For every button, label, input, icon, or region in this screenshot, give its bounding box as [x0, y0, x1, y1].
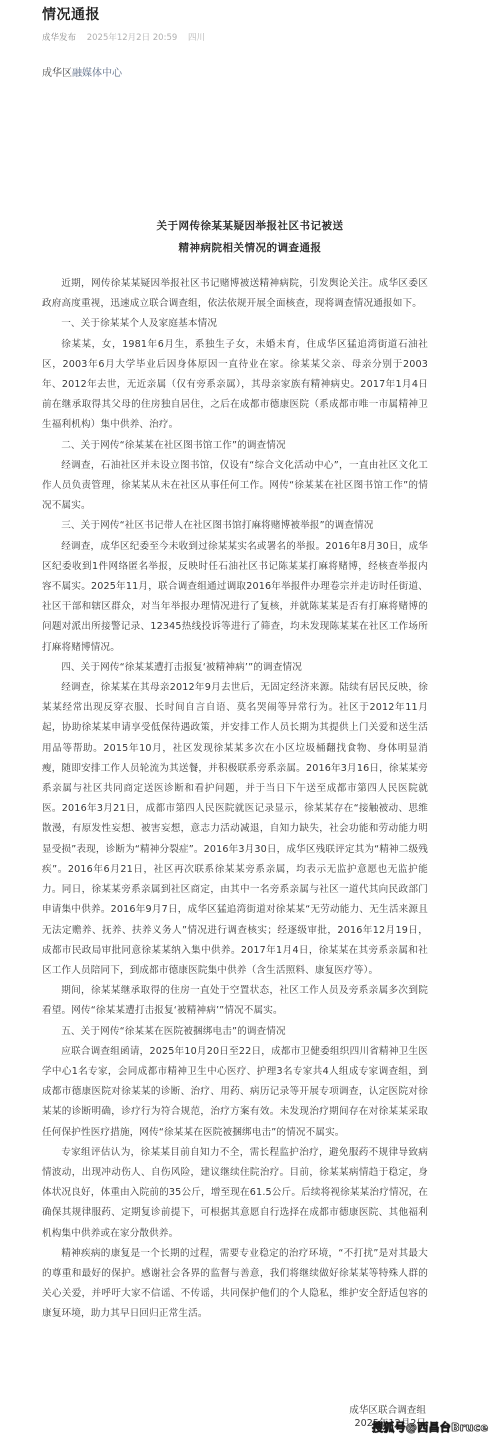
- section-heading-1: 一、关于徐某某个人及家庭基本情况: [42, 314, 428, 334]
- paragraph: 经调查，徐某某在其母亲2012年9月去世后，无固定经济来源。陆续有居民反映，徐某…: [42, 678, 428, 981]
- watermark: 搜狐号@西昌台Bruce: [372, 1419, 488, 1435]
- paragraph: 期间，徐某某继承取得的住房一直处于空置状态，社区工作人员及旁系亲属多次到院看望。…: [42, 981, 428, 1021]
- paragraph: 徐某某，女，1981年6月生，系独生子女，未婚未育，住成华区猛追湾街道石油社区，…: [42, 335, 428, 436]
- paragraph: 经调查，石油社区并未设立图书馆，仅设有“综合文化活动中心”，一直由社区文化工作人…: [42, 456, 428, 517]
- section-heading-5: 五、关于网传“徐某某在医院被捆绑电击”的调查情况: [42, 1022, 428, 1042]
- page-title: 情况通报: [42, 4, 100, 24]
- publisher-line: 成华区融媒体中心: [42, 64, 122, 79]
- section-heading-3: 三、关于网传“社区书记带人在社区图书馆打麻将赌博被举报”的调查情况: [42, 516, 428, 536]
- publish-region: 四川: [188, 33, 205, 43]
- signature-org: 成华区联合调查组: [349, 1404, 426, 1417]
- document-title-line-1: 关于网传徐某某疑因举报社区书记被送: [0, 218, 500, 233]
- document-body: 近期，网传徐某某疑因举报社区书记赌博被送精神病院，引发舆论关注。成华区委区政府高…: [42, 274, 428, 1325]
- section-heading-4: 四、关于网传“徐某某遭打击报复‘被精神病’”的调查情况: [42, 658, 428, 678]
- publish-time: 2025年12月2日 20:59: [87, 33, 178, 43]
- source-account-link[interactable]: 成华发布: [42, 33, 76, 43]
- publisher-name: 融媒体中心: [72, 68, 122, 79]
- closing-paragraph: 精神疾病的康复是一个长期的过程，需要专业稳定的治疗环境，“不打扰”是对其最大的尊…: [42, 1244, 428, 1325]
- intro-paragraph: 近期，网传徐某某疑因举报社区书记赌博被送精神病院，引发舆论关注。成华区委区政府高…: [42, 274, 428, 314]
- document-title-line-2: 精神病院相关情况的调查通报: [0, 240, 500, 255]
- section-heading-2: 二、关于网传“徐某某在社区图书馆工作”的调查情况: [42, 436, 428, 456]
- publisher-prefix: 成华区: [42, 68, 72, 79]
- paragraph: 应联合调查组函请，2025年10月20日至22日，成都市卫健委组织四川省精神卫生…: [42, 1042, 428, 1143]
- paragraph: 经调查，成华区纪委至今未收到过徐某某实名或署名的举报。2016年8月30日，成华…: [42, 537, 428, 658]
- paragraph: 专家组评估认为，徐某某目前自知力不全，需长程监护治疗，避免服药不规律导致病情波动…: [42, 1143, 428, 1244]
- article-meta: 成华发布 2025年12月2日 20:59 四川: [42, 31, 205, 43]
